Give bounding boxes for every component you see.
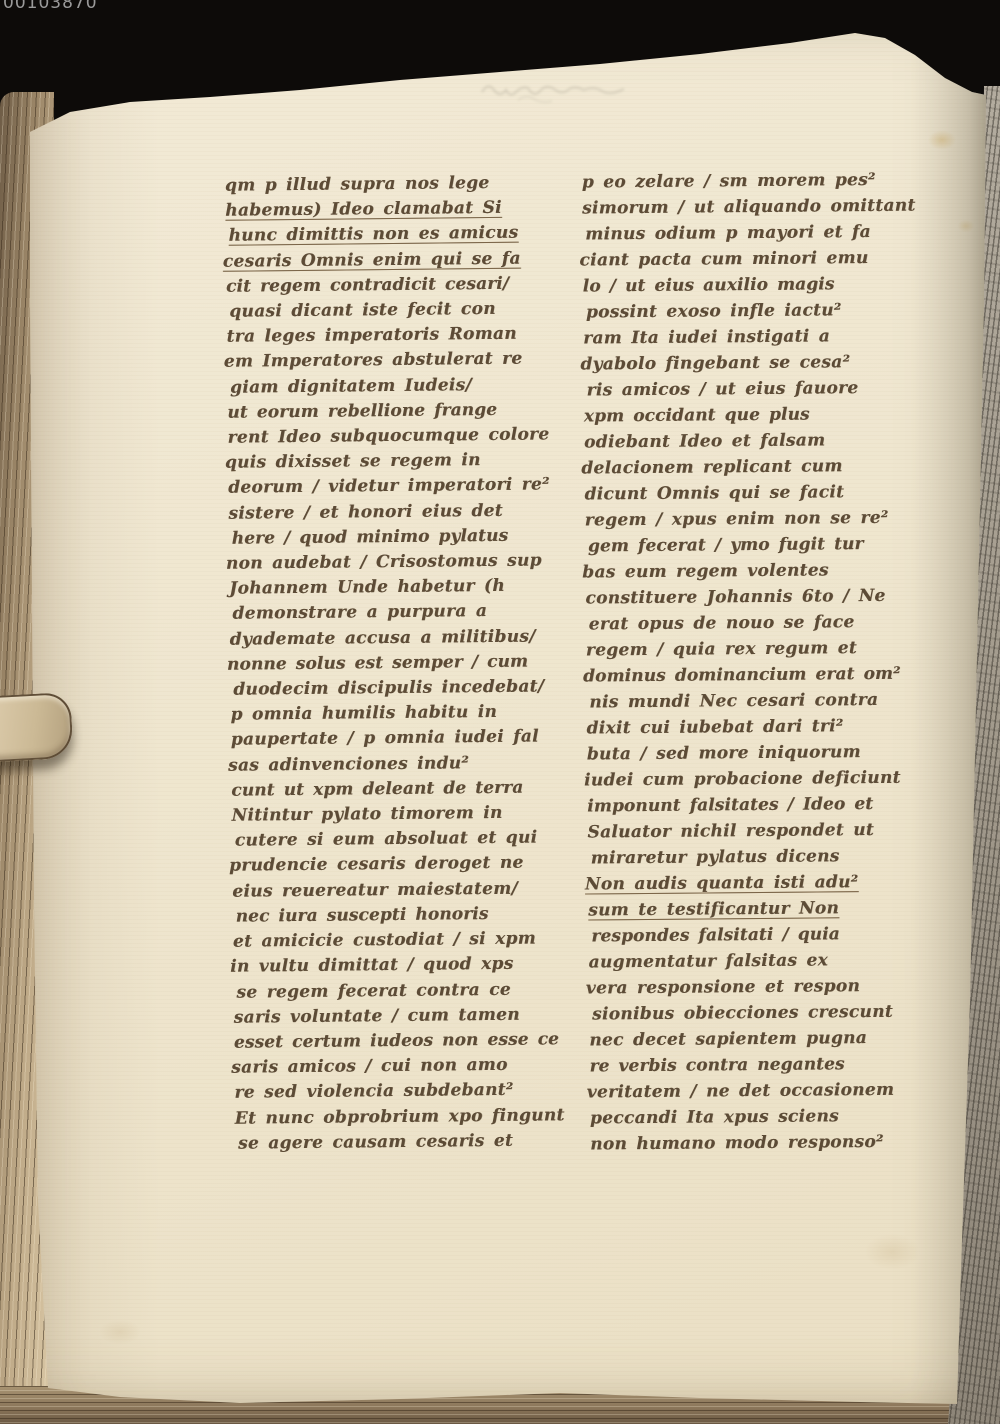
manuscript-line: dominus dominancium erat om² [583, 660, 931, 689]
manuscript-line: regem / xpus enim non se re² [585, 505, 930, 534]
manuscript-line: erat opus de nouo se face [589, 608, 931, 637]
manuscript-line: nis mundi Nec cesari contra [589, 686, 931, 715]
manuscript-line: saris voluntate / cum tamen [234, 1002, 564, 1031]
manuscript-line: p omnia humilis habitu in [230, 700, 560, 729]
manuscript-line: eius reuereatur maiestatem/ [232, 876, 562, 905]
manuscript-line: peccandi Ita xpus sciens [590, 1102, 935, 1131]
manuscript-line: hunc dimittis non es amicus [228, 221, 555, 250]
manuscript-line: buta / sed more iniquorum [587, 738, 932, 767]
manuscript-line: sionibus obiecciones crescunt [592, 998, 934, 1027]
manuscript-line: giam dignitatem Iudeis/ [230, 372, 557, 401]
manuscript-line: non humano modo responso² [590, 1128, 935, 1157]
manuscript-line: delacionem replicant cum [581, 453, 929, 482]
manuscript-line: here / quod minimo pylatus [232, 523, 559, 552]
manuscript-line: non audebat / Crisostomus sup [226, 548, 559, 577]
manuscript-line: regem / quia rex regum et [586, 634, 931, 663]
manuscript-line: Nitintur pylato timorem in [231, 800, 561, 829]
manuscript-line: in vultu dimittat / quod xps [230, 952, 563, 981]
manuscript-line: nonne solus est semper / cum [227, 649, 560, 678]
manuscript-line: Johannem Unde habetur (h [229, 574, 559, 603]
manuscript-line: esset certum iudeos non esse ce [234, 1027, 564, 1056]
archive-number-label: 00103870 [3, 0, 98, 13]
manuscript-line: prudencie cesaris deroget ne [229, 851, 562, 880]
manuscript-line: xpm occidant que plus [584, 401, 929, 430]
manuscript-line: habemus) Ideo clamabat Si [225, 196, 555, 225]
manuscript-line: sum te testificantur Non [588, 894, 933, 923]
manuscript-line: se agere causam cesaris et [238, 1128, 565, 1157]
manuscript-line: duodecim discipulis incedebat/ [233, 674, 560, 703]
left-column: qm p illud supra nos legehabemus) Ideo c… [225, 170, 565, 1156]
manuscript-line: augmentatur falsitas ex [589, 946, 934, 975]
manuscript-line: re verbis contra negantes [589, 1050, 934, 1079]
manuscript-line: odiebant Ideo et falsam [584, 427, 929, 456]
manuscript-line: respondes falsitati / quia [591, 920, 933, 949]
manuscript-line: saris amicos / cui non amo [231, 1052, 564, 1081]
manuscript-line: veritatem / ne det occasionem [587, 1076, 935, 1105]
manuscript-line: tra leges imperatoris Roman [226, 322, 556, 351]
manuscript-line: lo / ut eius auxilio magis [583, 271, 928, 300]
manuscript-line: rent Ideo subquocumque colore [228, 422, 558, 451]
manuscript-line: deorum / videtur imperatori re² [228, 473, 558, 502]
manuscript-line: dyademate accusa a militibus/ [230, 624, 560, 653]
manuscript-line: dicunt Omnis qui se facit [584, 479, 929, 508]
manuscript-line: constituere Johannis 6to / Ne [585, 582, 930, 611]
manuscript-line: gem fecerat / ymo fugit tur [588, 530, 930, 559]
manuscript-line: Et nunc obprobrium xpo fingunt [235, 1103, 565, 1132]
manuscript-line: sas adinvenciones indu² [228, 750, 561, 779]
manuscript-page: 305 qm p illud supra nos legehabemus) Id… [0, 0, 1000, 1424]
right-column: p eo zelare / sm morem pes²simorum / ut … [582, 167, 936, 1158]
manuscript-line: iudei cum probacione deficiunt [584, 764, 932, 793]
manuscript-line: ram Ita iudei instigati a [583, 323, 928, 352]
pencil-folio-number: 305 [95, 54, 129, 76]
manuscript-line: simorum / ut aliquando omittant [582, 193, 927, 222]
manuscript-line: et amicicie custodiat / si xpm [233, 926, 563, 955]
manuscript-line: quis dixisset se regem in [225, 448, 558, 477]
manuscript-line: paupertate / p omnia iudei fal [231, 725, 561, 754]
manuscript-line: Non audis quanta isti adu² [585, 868, 933, 897]
manuscript-line: nec iura suscepti honoris [236, 901, 563, 930]
manuscript-line: qm p illud supra nos lege [225, 170, 555, 199]
faint-pencil-inscription [478, 68, 628, 112]
manuscript-line: cunt ut xpm deleant de terra [231, 775, 561, 804]
manuscript-line: quasi dicant iste fecit con [229, 296, 556, 325]
manuscript-line: dyabolo fingebant se cesa² [580, 349, 928, 378]
manuscript-line: imponunt falsitates / Ideo et [587, 790, 932, 819]
manuscript-line: cutere si eum absoluat et qui [235, 826, 562, 855]
manuscript-line: miraretur pylatus dicens [591, 842, 933, 871]
manuscript-line: ciant pacta cum minori emu [579, 245, 927, 274]
manuscript-line: em Imperatores abstulerat re [224, 347, 557, 376]
manuscript-line: nec decet sapientem pugna [589, 1024, 934, 1053]
manuscript-line: ris amicos / ut eius fauore [587, 375, 929, 404]
manuscript-line: bas eum regem volentes [582, 556, 930, 585]
manuscript-line: demonstrare a purpura a [232, 599, 559, 628]
manuscript-line: se regem fecerat contra ce [236, 977, 563, 1006]
manuscript-line: possint exoso infle iactu² [586, 297, 928, 326]
manuscript-line: dixit cui iubebat dari tri² [586, 712, 931, 741]
manuscript-line: vera responsione et respon [586, 972, 934, 1001]
manuscript-line: cesaris Omnis enim qui se fa [223, 246, 556, 275]
manuscript-photograph: 305 qm p illud supra nos legehabemus) Id… [0, 0, 1000, 1424]
manuscript-line: re sed violencia subdebant² [234, 1078, 564, 1107]
manuscript-line: cit regem contradicit cesari/ [226, 271, 556, 300]
manuscript-line: Saluator nichil respondet ut [587, 816, 932, 845]
manuscript-line: ut eorum rebellione frange [227, 397, 557, 426]
manuscript-line: sistere / et honori eius det [228, 498, 558, 527]
manuscript-line: p eo zelare / sm morem pes² [582, 167, 927, 196]
manuscript-line: minus odium p mayori et fa [585, 219, 927, 248]
